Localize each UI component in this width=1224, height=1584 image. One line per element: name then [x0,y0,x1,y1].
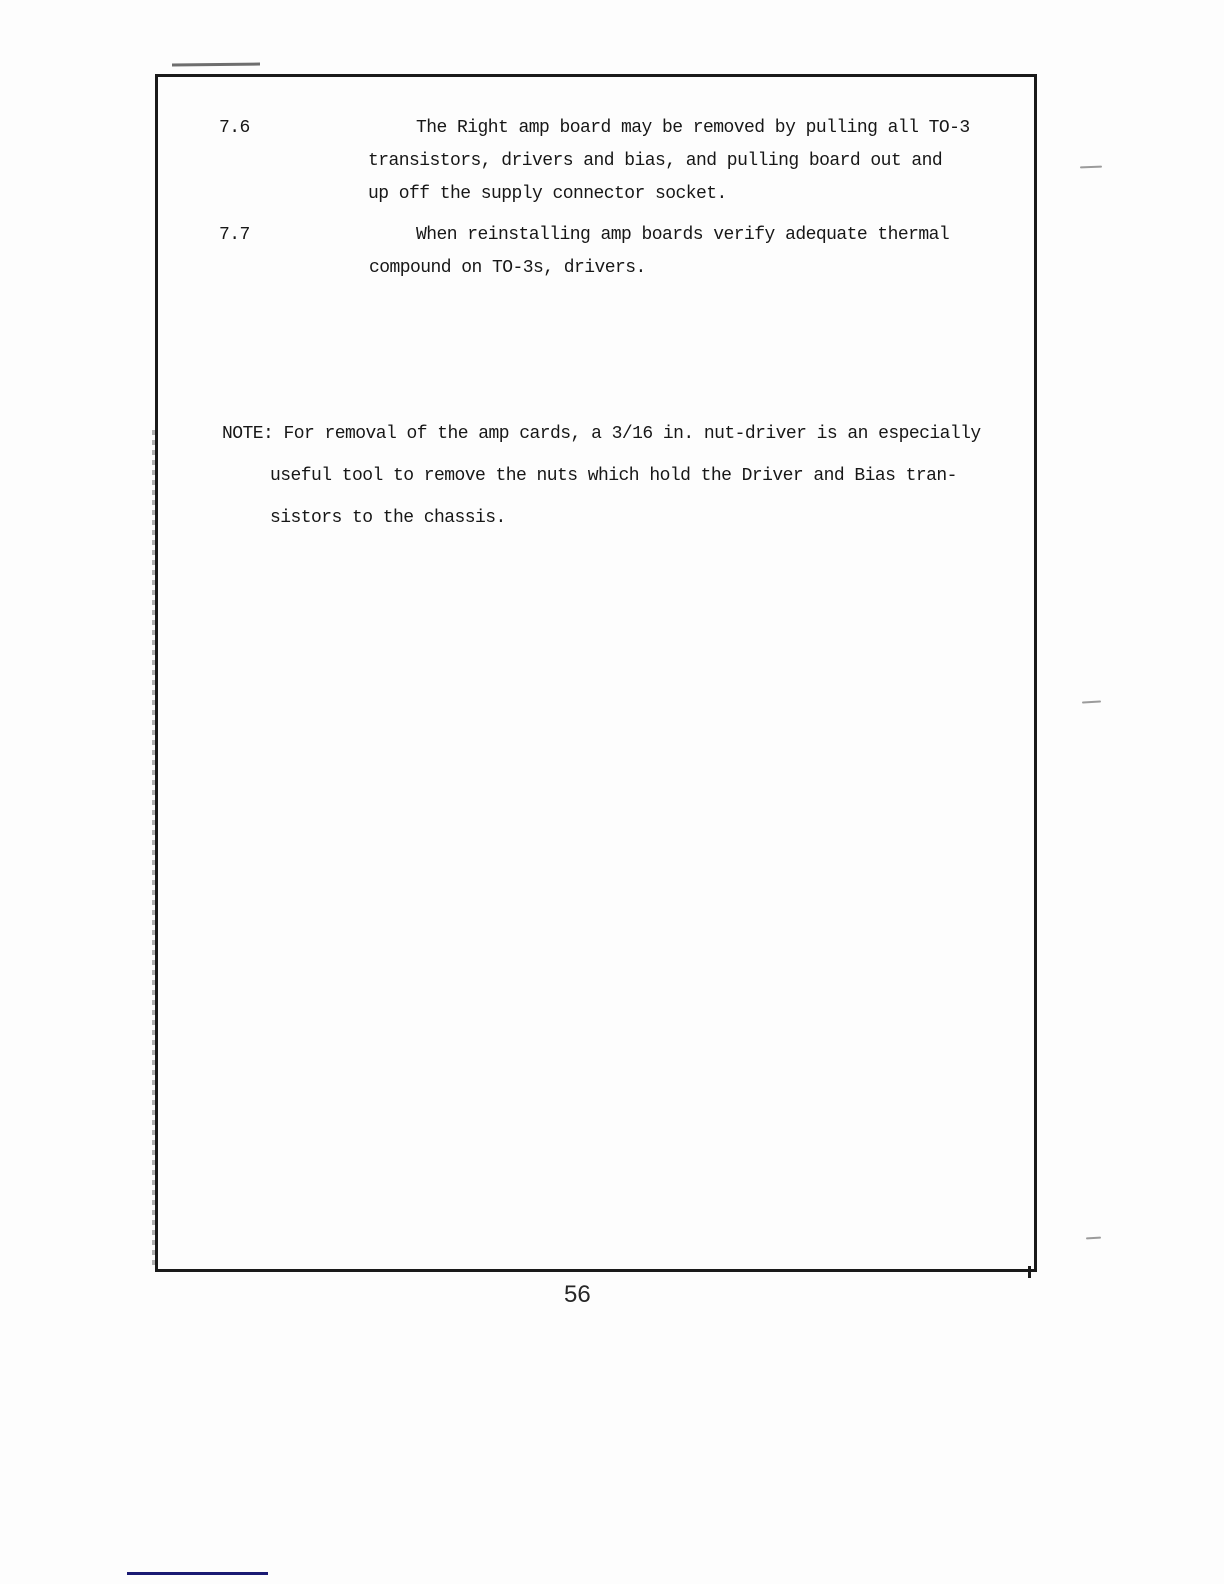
scan-left-edge-texture [152,430,155,1270]
bottom-ink-underline [127,1572,268,1575]
scanned-document-page: 7.6 The Right amp board may be removed b… [0,0,1224,1584]
scan-smudge-mark [172,63,260,67]
note-paragraph: NOTE: For removal of the amp cards, a 3/… [270,413,981,539]
section-7-7-paragraph: When reinstalling amp boards verify adeq… [369,219,949,285]
page-number: 56 [564,1281,591,1309]
margin-pencil-dash [1086,1237,1101,1240]
section-7-6-paragraph: The Right amp board may be removed by pu… [368,112,970,211]
margin-pencil-dash [1080,166,1102,169]
margin-pencil-dash [1082,701,1101,704]
section-number-7-6: 7.6 [219,112,250,145]
section-number-7-7: 7.7 [219,219,250,252]
border-corner-overrun [1028,1266,1031,1278]
